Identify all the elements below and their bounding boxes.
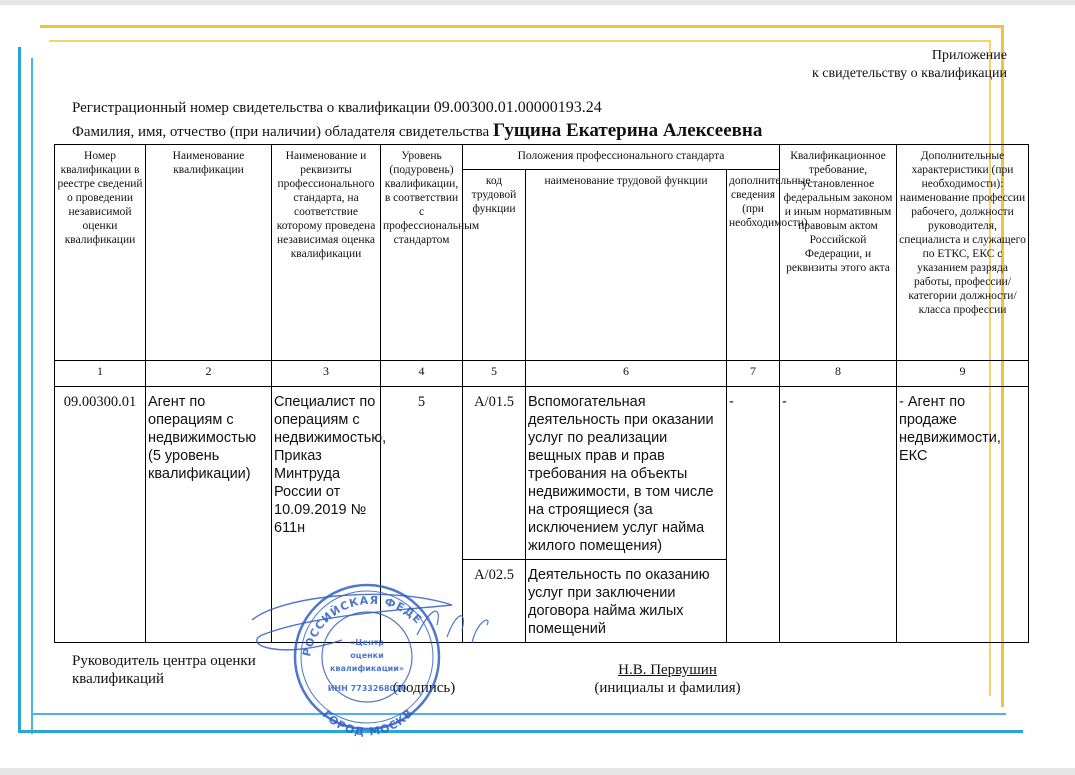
cell-characteristics: - Агент по продаже недвижимости, ЕКС xyxy=(897,387,1029,643)
signer-block: Н.В. Первушин (инициалы и фамилия) xyxy=(585,661,750,697)
svg-text:оценки: оценки xyxy=(350,651,383,660)
holder-label: Фамилия, имя, отчество (при наличии) обл… xyxy=(72,124,489,140)
cell-qualification-number: 09.00300.01 xyxy=(55,387,146,643)
top-band xyxy=(0,0,1075,5)
column-number: 8 xyxy=(780,361,897,387)
column-number-row: 1 2 3 4 5 6 7 8 9 xyxy=(55,361,1029,387)
holder-name: Гущина Екатерина Алексеевна xyxy=(493,120,762,141)
column-number: 6 xyxy=(526,361,727,387)
cell-level: 5 xyxy=(381,387,463,643)
header-row-1: Номер квалификации в реестре сведений о … xyxy=(55,145,1029,170)
bottom-band xyxy=(0,768,1075,775)
frame-blue-bottom-inner xyxy=(31,713,1006,715)
column-number: 2 xyxy=(146,361,272,387)
header-col7: дополнительные сведения (при необходимос… xyxy=(727,170,780,361)
header-col3: Наименование и реквизиты профессионально… xyxy=(272,145,381,361)
column-number: 4 xyxy=(381,361,463,387)
header-col1: Номер квалификации в реестре сведений о … xyxy=(55,145,146,361)
header-group-standard: Положения профессионального стандарта xyxy=(463,145,780,170)
registration-number: 09.00300.01.00000193.24 xyxy=(434,99,602,116)
header-col9: Дополнительные характеристики (при необх… xyxy=(897,145,1029,361)
cell-function-name: Вспомогательная деятельность при оказани… xyxy=(526,387,727,560)
frame-blue-left-inner xyxy=(31,58,33,734)
table-row: 09.00300.01 Агент по операциям с недвижи… xyxy=(55,387,1029,560)
header-col4: Уровень (подуровень) квалификации, в соо… xyxy=(381,145,463,361)
holder-line: Фамилия, имя, отчество (при наличии) обл… xyxy=(72,120,762,142)
appendix-title: Приложение xyxy=(812,47,1007,65)
signer-caption: (инициалы и фамилия) xyxy=(585,679,750,697)
column-number: 5 xyxy=(463,361,526,387)
qualification-table: Номер квалификации в реестре сведений о … xyxy=(54,144,1029,643)
header-col2: Наименование квалификации xyxy=(146,145,272,361)
column-number: 7 xyxy=(727,361,780,387)
cell-standard: Специалист по операциям с недвижимостью,… xyxy=(272,387,381,643)
cell-function-name: Деятельность по оказанию услуг при заклю… xyxy=(526,560,727,643)
registration-line: Регистрационный номер свидетельства о кв… xyxy=(72,99,602,117)
frame-yellow-top-outer xyxy=(40,25,1004,28)
appendix-heading: Приложение к свидетельству о квалификаци… xyxy=(812,47,1007,83)
signature-caption: (подпись) xyxy=(393,680,455,697)
signer-name: Н.В. Первушин xyxy=(585,661,750,679)
cell-qualification-name: Агент по операциям с недвижимостью (5 ур… xyxy=(146,387,272,643)
column-number: 3 xyxy=(272,361,381,387)
cell-requirement: - xyxy=(780,387,897,643)
registration-label: Регистрационный номер свидетельства о кв… xyxy=(72,100,430,116)
signer-position: Руководитель центра оценки квалификаций xyxy=(72,652,272,688)
frame-blue-bottom-outer xyxy=(18,730,1023,733)
column-number: 1 xyxy=(55,361,146,387)
appendix-subtitle: к свидетельству о квалификации xyxy=(812,65,1007,83)
cell-function-code: A/01.5 xyxy=(463,387,526,560)
svg-text:квалификации»: квалификации» xyxy=(330,664,404,673)
header-col6: наименование трудовой функции xyxy=(526,170,727,361)
cell-additional-info: - xyxy=(727,387,780,643)
cell-function-code: A/02.5 xyxy=(463,560,526,643)
frame-yellow-top-inner xyxy=(49,40,991,42)
header-col5: код трудовой функции xyxy=(463,170,526,361)
frame-blue-left-outer xyxy=(18,47,21,733)
column-number: 9 xyxy=(897,361,1029,387)
